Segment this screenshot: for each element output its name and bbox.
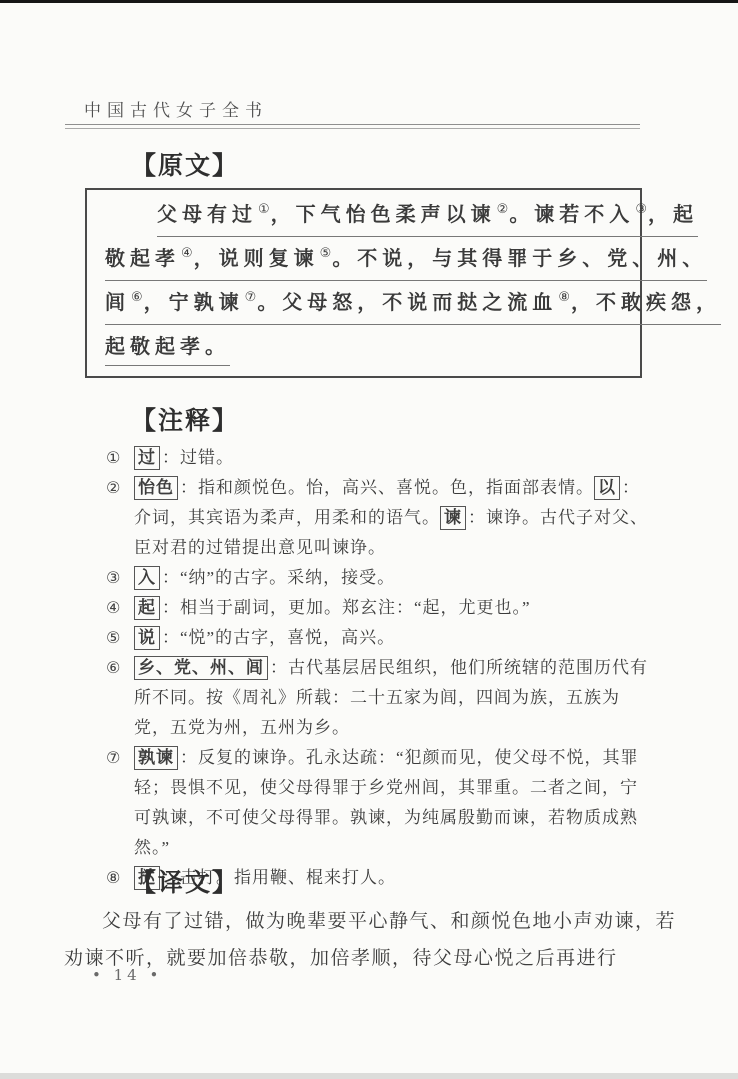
original-line-text: 父母有过①，下气怡色柔声以谏②。谏若不入③，起 [157,202,698,237]
note-item: ⑥ 乡、党、州、闾：古代基层居民组织，他们所统辖的范围历代有所不同。按《周礼》所… [106,653,654,743]
note-item: ① 过：过错。 [106,443,654,473]
note-number: ⑥ [106,653,134,683]
note-text: 过：过错。 [134,443,654,473]
note-item: ② 怡色：指和颜悦色。怡，高兴、喜悦。色，指面部表情。以：介词，其宾语为柔声，用… [106,473,654,563]
note-text: 说：“悦”的古字，喜悦，高兴。 [134,623,654,653]
note-number: ② [106,473,134,503]
note-text: 怡色：指和颜悦色。怡，高兴、喜悦。色，指面部表情。以：介词，其宾语为柔声，用柔和… [134,473,654,563]
original-line: 闾⑥，宁孰谏⑦。父母怒，不说而挞之流血⑧，不敢疾怨， [105,290,622,325]
note-item: ⑤ 说：“悦”的古字，喜悦，高兴。 [106,623,654,653]
original-line-text: 敬起孝④，说则复谏⑤。不说，与其得罪于乡、党、州、 [105,246,707,281]
note-item: ④ 起：相当于副词，更加。郑玄注：“起，尤更也。” [106,593,654,623]
note-number: ⑧ [106,863,134,893]
original-text-box: 父母有过①，下气怡色柔声以谏②。谏若不入③，起 敬起孝④，说则复谏⑤。不说，与其… [85,188,642,378]
note-text: 乡、党、州、闾：古代基层居民组织，他们所统辖的范围历代有所不同。按《周礼》所载：… [134,653,654,743]
section-heading-original: 【原文】 [131,146,239,182]
scan-edge-top [0,0,738,3]
section-heading-translation: 【译文】 [131,863,239,899]
note-text: 孰谏：反复的谏诤。孔永达疏：“犯颜而见，使父母不悦，其罪轻；畏惧不见，使父母得罪… [134,743,654,863]
section-heading-notes: 【注释】 [131,401,239,437]
original-line: 父母有过①，下气怡色柔声以谏②。谏若不入③，起 [105,202,622,237]
note-item: ⑦ 孰谏：反复的谏诤。孔永达疏：“犯颜而见，使父母不悦，其罪轻；畏惧不见，使父母… [106,743,654,863]
scan-edge-bottom [0,1073,738,1079]
note-number: ⑦ [106,743,134,773]
note-text: 入：“纳”的古字。采纳，接受。 [134,563,654,593]
running-head-book-title: 中国古代女子全书 [84,96,268,121]
note-text: 起：相当于副词，更加。郑玄注：“起，尤更也。” [134,593,654,623]
original-line-text: 起敬起孝。 [105,334,230,366]
original-line-text: 闾⑥，宁孰谏⑦。父母怒，不说而挞之流血⑧，不敢疾怨， [105,290,721,325]
note-number: ① [106,443,134,473]
page-number: • 14 • [92,966,162,984]
note-number: ④ [106,593,134,623]
note-number: ③ [106,563,134,593]
original-line: 起敬起孝。 [105,334,622,366]
note-item: ③ 入：“纳”的古字。采纳，接受。 [106,563,654,593]
note-number: ⑤ [106,623,134,653]
notes-list: ① 过：过错。 ② 怡色：指和颜悦色。怡，高兴、喜悦。色，指面部表情。以：介词，… [106,443,654,893]
original-line: 敬起孝④，说则复谏⑤。不说，与其得罪于乡、党、州、 [105,246,622,281]
header-double-rule [65,124,640,129]
